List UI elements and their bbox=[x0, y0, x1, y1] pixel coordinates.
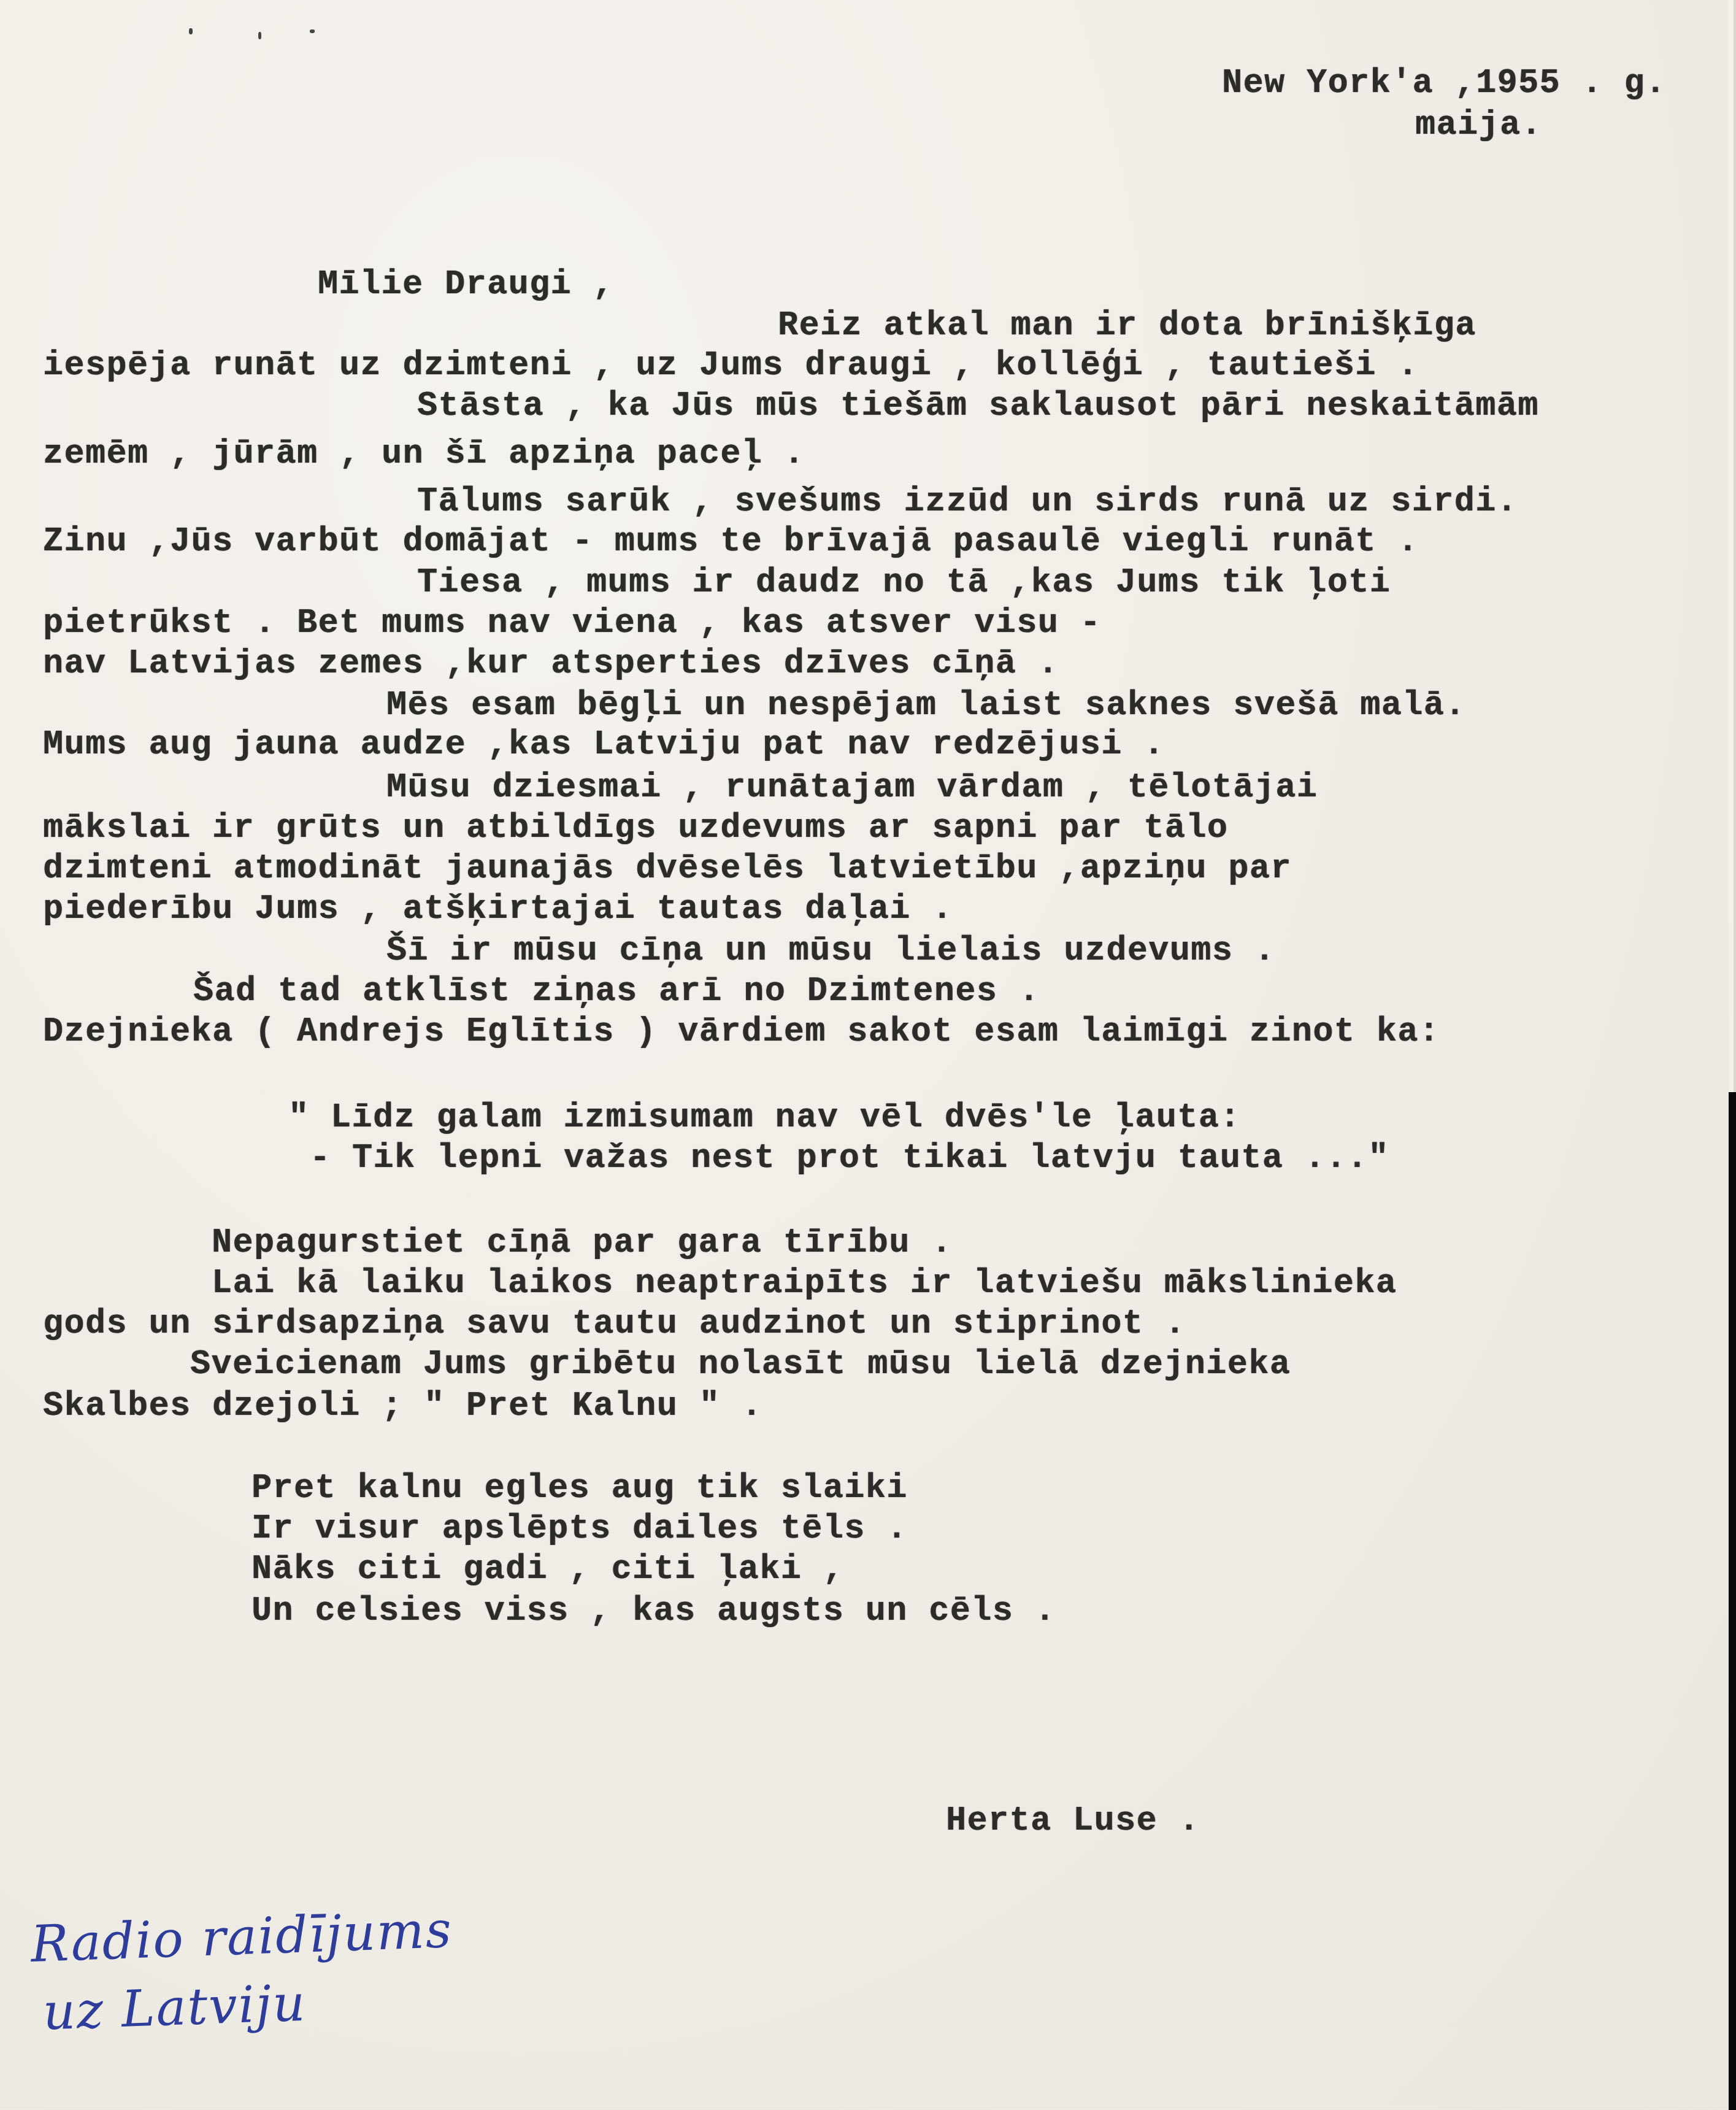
closing-line: Lai kā laiku laikos neaptraipīts ir latv… bbox=[212, 1266, 1397, 1300]
quote-line: - Tik lepni važas nest prot tikai latvju… bbox=[310, 1141, 1389, 1175]
poem-line: Nāks citi gadi , citi ļaki , bbox=[252, 1552, 844, 1586]
body-line: Tālums sarūk , svešums izzūd un sirds ru… bbox=[417, 485, 1518, 518]
closing-line: Sveicienam Jums gribētu nolasīt mūsu lie… bbox=[190, 1347, 1291, 1381]
scan-edge bbox=[1734, 0, 1736, 1092]
header-month: maija. bbox=[1415, 108, 1542, 142]
body-line: Mēs esam bēgļi un nespējam laist saknes … bbox=[386, 688, 1466, 722]
quote-line: " Līdz galam izmisumam nav vēl dvēs'le ļ… bbox=[288, 1101, 1241, 1134]
ink-speck bbox=[258, 32, 261, 39]
body-line: piederību Jums , atšķirtajai tautas daļa… bbox=[43, 892, 953, 926]
body-line: Tiesa , mums ir daudz no tā ,kas Jums ti… bbox=[417, 566, 1391, 599]
scan-edge-shadow bbox=[1729, 1092, 1736, 2110]
body-line: mākslai ir grūts un atbildīgs uzdevums a… bbox=[43, 811, 1228, 845]
body-line: Reiz atkal man ir dota brīnišķīga bbox=[778, 309, 1477, 342]
body-line: Mums aug jauna audze ,kas Latviju pat na… bbox=[43, 728, 1165, 761]
poem-line: Un celsies viss , kas augsts un cēls . bbox=[252, 1594, 1056, 1628]
body-line: pietrūkst . Bet mums nav viena , kas ats… bbox=[43, 606, 1101, 640]
body-line: nav Latvijas zemes ,kur atsperties dzīve… bbox=[43, 647, 1059, 680]
body-line: Stāsta , ka Jūs mūs tiešām saklausot pār… bbox=[417, 389, 1539, 423]
body-line: Zinu ,Jūs varbūt domājat - mums te brīva… bbox=[43, 525, 1419, 558]
ink-speck bbox=[189, 28, 193, 34]
body-line: Mūsu dziesmai , runātajam vārdam , tēlot… bbox=[386, 771, 1318, 804]
poem-line: Ir visur apslēpts dailes tēls . bbox=[252, 1512, 908, 1546]
closing-line: Nepagurstiet cīņā par gara tīrību . bbox=[212, 1226, 953, 1260]
body-line: Dzejnieka ( Andrejs Eglītis ) vārdiem sa… bbox=[43, 1015, 1440, 1049]
ink-speck bbox=[310, 29, 315, 33]
poem-line: Pret kalnu egles aug tik slaiki bbox=[252, 1471, 908, 1505]
body-line: Šī ir mūsu cīņa un mūsu lielais uzdevums… bbox=[386, 934, 1275, 968]
letter-page: New York'a ,1955 . g. maija. Mīlie Draug… bbox=[0, 0, 1729, 2110]
body-line: zemēm , jūrām , un šī apziņa paceļ . bbox=[43, 437, 805, 471]
signature: Herta Luse . bbox=[946, 1804, 1200, 1838]
closing-line: Skalbes dzejoli ; " Pret Kalnu " . bbox=[43, 1389, 762, 1423]
closing-line: gods un sirdsapziņa savu tautu audzinot … bbox=[43, 1307, 1186, 1341]
salutation: Mīlie Draugi , bbox=[318, 268, 614, 301]
handwritten-note-line: Radio raidījums bbox=[30, 1901, 454, 1974]
header-place-date: New York'a ,1955 . g. bbox=[1222, 66, 1667, 100]
handwritten-note-line: uz Latviju bbox=[42, 1974, 307, 2042]
body-line: iespēja runāt uz dzimteni , uz Jums drau… bbox=[43, 348, 1419, 382]
body-line: Šad tad atklīst ziņas arī no Dzimtenes . bbox=[193, 974, 1040, 1008]
body-line: dzimteni atmodināt jaunajās dvēselēs lat… bbox=[43, 852, 1292, 885]
